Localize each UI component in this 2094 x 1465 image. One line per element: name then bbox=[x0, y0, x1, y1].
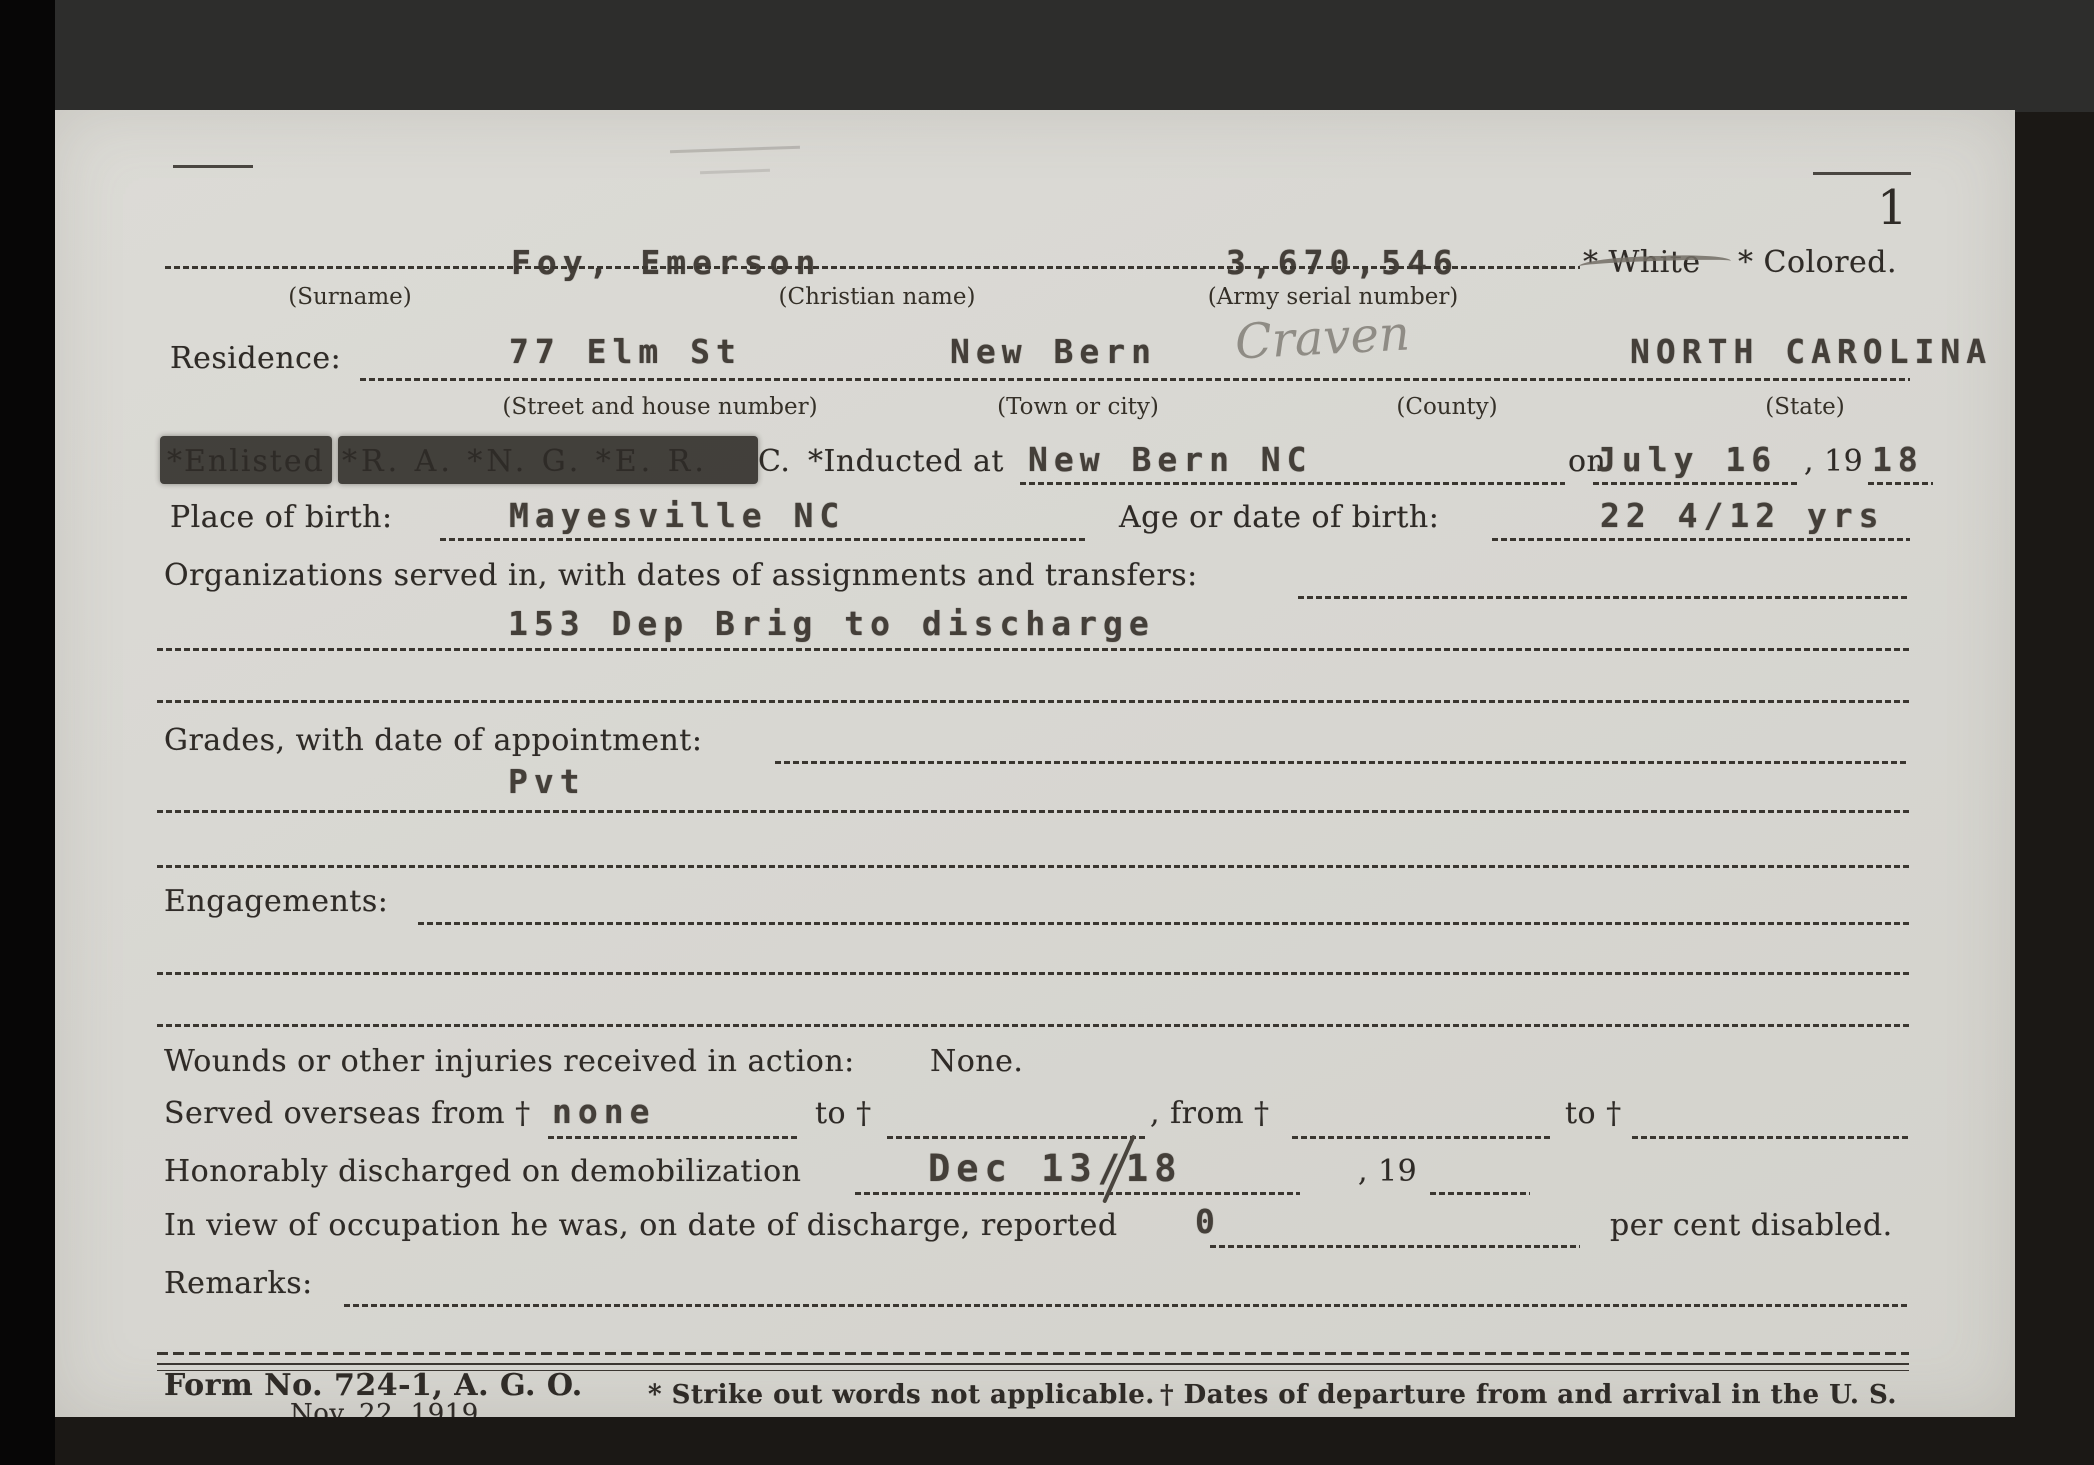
dotted-rule-engagements-line2 bbox=[157, 1024, 1909, 1027]
form-number: Form No. 724-1, A. G. O. bbox=[164, 1371, 583, 1401]
wounds-label: Wounds or other injuries received in act… bbox=[164, 1047, 855, 1077]
field-birth-place-value: Mayesville NC bbox=[509, 499, 845, 532]
page-number-overline bbox=[1813, 172, 1911, 175]
overseas-to-label: to † bbox=[815, 1099, 872, 1129]
field-county-value-handwritten: Craven bbox=[1234, 309, 1411, 366]
discharge-label: Honorably discharged on demobilization bbox=[164, 1157, 801, 1187]
caption-street: (Street and house number) bbox=[502, 396, 817, 419]
caption-county: (County) bbox=[1396, 396, 1497, 419]
dotted-rule-induction-year bbox=[1868, 482, 1933, 485]
footnote-dagger: † Dates of departure from and arrival in… bbox=[1160, 1382, 1897, 1408]
pencil-scribble bbox=[670, 146, 800, 154]
overseas-to2-label: to † bbox=[1565, 1099, 1622, 1129]
grades-label: Grades, with date of appointment: bbox=[164, 726, 702, 756]
dotted-rule-discharge-year bbox=[1430, 1192, 1530, 1195]
dotted-rule-organizations-line2 bbox=[157, 700, 1909, 703]
age-label: Age or date of birth: bbox=[1119, 503, 1439, 533]
caption-christian-name: (Christian name) bbox=[779, 286, 976, 309]
disability-label: In view of occupation he was, on date of… bbox=[164, 1211, 1118, 1241]
pencil-scribble bbox=[700, 169, 770, 174]
field-organizations-value: 153 Dep Brig to discharge bbox=[508, 607, 1155, 640]
dotted-rule-overseas-4 bbox=[1632, 1136, 1909, 1139]
field-disability-value: 0 bbox=[1195, 1205, 1221, 1238]
field-wounds-value: None. bbox=[930, 1047, 1023, 1077]
engagements-label: Engagements: bbox=[164, 887, 388, 917]
footer-dashed-rule bbox=[157, 1352, 1909, 1355]
field-overseas-from-value: none bbox=[552, 1095, 655, 1128]
dotted-rule-name bbox=[165, 266, 1580, 269]
footer-solid-rule-1 bbox=[157, 1363, 1909, 1365]
dotted-rule-organizations-line1 bbox=[157, 648, 1909, 651]
service-record-card: 1 Foy, Emerson 3,670,546 * White * Color… bbox=[55, 110, 2015, 1417]
scan-background-left-strip bbox=[0, 0, 55, 1465]
inducted-at-label: *Inducted at bbox=[808, 447, 1004, 477]
field-street-value: 77 Elm St bbox=[509, 335, 742, 368]
field-state-value: NORTH CAROLINA bbox=[1630, 335, 1992, 368]
dotted-rule-induction-date bbox=[1593, 482, 1800, 485]
blackout-mark bbox=[338, 436, 758, 484]
page-number: 1 bbox=[1877, 184, 1908, 232]
dotted-rule-grades-line1 bbox=[157, 810, 1909, 813]
disability-suffix-label: per cent disabled. bbox=[1610, 1211, 1893, 1241]
field-discharge-date-value: Dec 13/18 bbox=[928, 1150, 1182, 1187]
remarks-label: Remarks: bbox=[164, 1269, 313, 1299]
dotted-rule-overseas-3 bbox=[1292, 1136, 1550, 1139]
field-town-value: New Bern bbox=[950, 335, 1157, 368]
dotted-rule-overseas-1 bbox=[548, 1136, 800, 1139]
footnote-strike-out: * Strike out words not applicable. bbox=[648, 1382, 1155, 1408]
erc-visible-letter: C. bbox=[758, 447, 790, 477]
organizations-label: Organizations served in, with dates of a… bbox=[164, 561, 1198, 591]
field-grade-value: Pvt bbox=[508, 765, 586, 798]
form-date: Nov. 22, 1919 bbox=[290, 1401, 479, 1417]
field-age-value: 22 4/12 yrs bbox=[1600, 499, 1885, 532]
dotted-rule-disability bbox=[1210, 1245, 1580, 1248]
dotted-rule-engagements-line1 bbox=[157, 972, 1909, 975]
overseas-from-label: Served overseas from † bbox=[164, 1099, 531, 1129]
residence-label: Residence: bbox=[170, 344, 341, 374]
dotted-rule-grades bbox=[775, 761, 1909, 764]
place-of-birth-label: Place of birth: bbox=[170, 503, 393, 533]
field-induction-place-value: New Bern NC bbox=[1028, 443, 1313, 476]
dotted-rule-birth-place bbox=[440, 538, 1085, 541]
corner-mark bbox=[173, 165, 253, 168]
overseas-from2-label: , from † bbox=[1150, 1099, 1270, 1129]
dotted-rule-discharge bbox=[855, 1192, 1300, 1195]
discharge-year-prefix: , 19 bbox=[1358, 1157, 1417, 1187]
field-serial-value: 3,670,546 bbox=[1226, 246, 1459, 279]
caption-town: (Town or city) bbox=[997, 396, 1159, 419]
caption-army-serial-number: (Army serial number) bbox=[1208, 286, 1459, 309]
dotted-rule-engagements bbox=[418, 922, 1909, 925]
dotted-rule-organizations bbox=[1298, 596, 1909, 599]
year-prefix-label: , 19 bbox=[1804, 447, 1863, 477]
scan-background-top bbox=[55, 0, 2094, 112]
dotted-rule-induction-place bbox=[1020, 482, 1565, 485]
dotted-rule-remarks bbox=[344, 1304, 1909, 1307]
field-induction-year-value: 18 bbox=[1872, 443, 1924, 476]
caption-state: (State) bbox=[1765, 396, 1845, 419]
field-name-value: Foy, Emerson bbox=[511, 246, 821, 279]
caption-surname: (Surname) bbox=[288, 286, 411, 309]
blackout-mark bbox=[160, 436, 332, 484]
dotted-rule-grades-line2 bbox=[157, 865, 1909, 868]
field-induction-date-value: July 16 bbox=[1596, 443, 1777, 476]
race-option-colored: * Colored. bbox=[1738, 248, 1897, 278]
dotted-rule-age bbox=[1492, 538, 1910, 541]
dotted-rule-residence bbox=[360, 378, 1910, 381]
dotted-rule-overseas-2 bbox=[887, 1136, 1145, 1139]
